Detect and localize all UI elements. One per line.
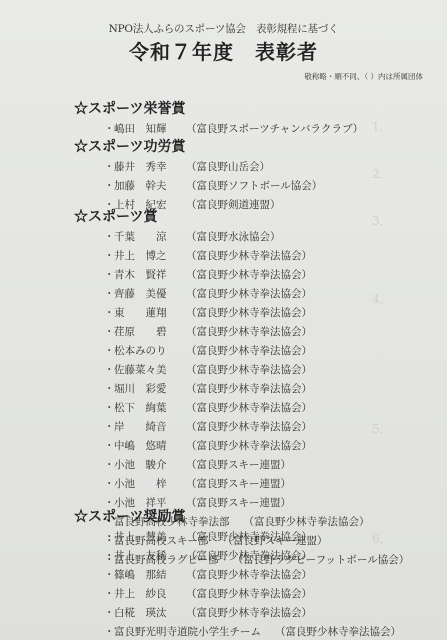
- bleed-through-mark: 1．ㅤ: [372, 118, 403, 135]
- bullet: ・: [104, 228, 114, 247]
- list-item: ・堀川 彩愛（富良野少林寺拳法協会）: [104, 380, 409, 399]
- list-item: ・佐藤菜々美（富良野少林寺拳法協会）: [104, 361, 409, 380]
- section-heading: ☆スポーツ功労賞: [74, 138, 322, 156]
- list-item: ・篠嶋 那結（富良野少林寺拳法協会）: [104, 566, 401, 585]
- awardee-org: （富良野スキー連盟）: [186, 456, 291, 475]
- bullet: ・: [104, 177, 114, 196]
- awardee-name: 白椛 瑛汰: [114, 604, 186, 623]
- bullet: ・: [104, 285, 114, 304]
- awardee-org: （富良野少林寺拳法協会）: [186, 418, 312, 437]
- bullet: ・: [104, 361, 114, 380]
- list-item: ・齊藤 美優（富良野少林寺拳法協会）: [104, 285, 409, 304]
- awardee-org: （富良野少林寺拳法協会）: [186, 323, 312, 342]
- bullet: ・: [104, 380, 114, 399]
- list-item: ・岸 綺音（富良野少林寺拳法協会）: [104, 418, 409, 437]
- list-item: ・松下 絢葉（富良野少林寺拳法協会）: [104, 399, 409, 418]
- bullet: ・: [104, 247, 114, 266]
- section-sports-honor-award: ☆スポーツ栄誉賞 ・嶋田 知輝（富良野スポーツチャンバラクラブ）: [74, 100, 363, 139]
- awardee-name: 齊藤 美優: [114, 285, 186, 304]
- awardee-org: （富良野少林寺拳法協会）: [186, 266, 312, 285]
- awardee-name: 堀川 彩愛: [114, 380, 186, 399]
- bullet: ・: [104, 456, 114, 475]
- bullet: ・: [104, 399, 114, 418]
- list-item: ・千葉 涼（富良野水泳協会）: [104, 228, 409, 247]
- awardee-name: 松本みのり: [114, 342, 186, 361]
- awardee-name: 加藤 幹夫: [114, 177, 186, 196]
- awardee-org: （富良野少林寺拳法協会）: [186, 566, 312, 585]
- bleed-through-mark: 2．ㅤ: [372, 165, 403, 182]
- list-item: ・嶋田 知輝（富良野スポーツチャンバラクラブ）: [104, 120, 363, 139]
- document-title: 令和７年度 表彰者: [0, 36, 447, 65]
- list-item: ・青木 賢祥（富良野少林寺拳法協会）: [104, 266, 409, 285]
- list-item: ・荏原 碧（富良野少林寺拳法協会）: [104, 323, 409, 342]
- awardee-org: （富良野少林寺拳法協会）: [186, 342, 312, 361]
- awardee-org: （富良野山岳会）: [186, 158, 270, 177]
- bullet: ・: [104, 304, 114, 323]
- bullet: ・: [104, 547, 114, 566]
- awardee-org: （富良野少林寺拳法協会）: [186, 585, 312, 604]
- list-item: ・東 蓮翔（富良野少林寺拳法協会）: [104, 304, 409, 323]
- section-sports-merit-award: ☆スポーツ功労賞 ・藤井 秀幸（富良野山岳会） ・加藤 幹夫（富良野ソフトボール…: [74, 138, 322, 215]
- awardee-org: （富良野スポーツチャンバラクラブ）: [186, 120, 363, 139]
- list-item: ・井上 慧美（富良野少林寺拳法協会）: [104, 528, 401, 547]
- list-item: ・藤井 秀幸（富良野山岳会）: [104, 158, 322, 177]
- awardee-org: （富良野少林寺拳法協会）: [186, 285, 312, 304]
- list-item: ・井上 紗良（富良野少林寺拳法協会）: [104, 585, 401, 604]
- section-sports-encouragement-award: ☆スポーツ奨励賞 ・井上 慧美（富良野少林寺拳法協会） ・井上 友稀（富良野少林…: [74, 508, 401, 640]
- awardee-org: （富良野ソフトボール協会）: [186, 177, 322, 196]
- awardee-org: （富良野少林寺拳法協会）: [186, 604, 312, 623]
- bullet: ・: [104, 585, 114, 604]
- bullet: ・: [104, 623, 114, 640]
- entry-list: ・嶋田 知輝（富良野スポーツチャンバラクラブ）: [104, 120, 363, 139]
- list-item: ・小池 梓（富良野スキー連盟）: [104, 475, 409, 494]
- awardee-name: 岸 綺音: [114, 418, 186, 437]
- awardee-org: （富良野少林寺拳法協会）: [275, 623, 401, 640]
- list-item: ・松本みのり（富良野少林寺拳法協会）: [104, 342, 409, 361]
- awardee-org: （富良野少林寺拳法協会）: [186, 547, 312, 566]
- awardee-name: 井上 友稀: [114, 547, 186, 566]
- bullet: ・: [104, 418, 114, 437]
- awardee-name: 藤井 秀幸: [114, 158, 186, 177]
- list-item: ・加藤 幹夫（富良野ソフトボール協会）: [104, 177, 322, 196]
- bullet: ・: [104, 475, 114, 494]
- awardee-name: 青木 賢祥: [114, 266, 186, 285]
- awardee-name: 井上 博之: [114, 247, 186, 266]
- list-item: ・井上 友稀（富良野少林寺拳法協会）: [104, 547, 401, 566]
- awardee-org: （富良野少林寺拳法協会）: [186, 361, 312, 380]
- bullet: ・: [104, 266, 114, 285]
- document-subtitle: NPO法人ふらのスポーツ協会 表彰規程に基づく: [0, 21, 447, 36]
- awardee-name: 松下 絢葉: [114, 399, 186, 418]
- bullet: ・: [104, 528, 114, 547]
- section-heading: ☆スポーツ賞: [74, 208, 409, 226]
- bullet: ・: [104, 342, 114, 361]
- list-item: ・富良野光明寺道院小学生チーム（富良野少林寺拳法協会）: [104, 623, 401, 640]
- list-item: ・井上 博之（富良野少林寺拳法協会）: [104, 247, 409, 266]
- awardee-org: （富良野少林寺拳法協会）: [186, 528, 312, 547]
- awardee-org: （富良野少林寺拳法協会）: [186, 380, 312, 399]
- document-note: 敬称略・順不同、（ ）内は所属団体: [304, 71, 423, 82]
- bullet: ・: [104, 566, 114, 585]
- awardee-name: 荏原 碧: [114, 323, 186, 342]
- awardee-name: 小池 駿介: [114, 456, 186, 475]
- awardee-name: 中嶋 悠晴: [114, 437, 186, 456]
- list-item: ・中嶋 悠晴（富良野少林寺拳法協会）: [104, 437, 409, 456]
- awardee-org: （富良野少林寺拳法協会）: [186, 304, 312, 323]
- section-heading: ☆スポーツ奨励賞: [74, 508, 401, 526]
- awardee-name: 篠嶋 那結: [114, 566, 186, 585]
- list-item: ・小池 駿介（富良野スキー連盟）: [104, 456, 409, 475]
- awardee-name: 嶋田 知輝: [114, 120, 186, 139]
- awardee-name: 東 蓮翔: [114, 304, 186, 323]
- entry-list: ・井上 慧美（富良野少林寺拳法協会） ・井上 友稀（富良野少林寺拳法協会） ・篠…: [104, 528, 401, 640]
- list-item: ・白椛 瑛汰（富良野少林寺拳法協会）: [104, 604, 401, 623]
- bullet: ・: [104, 120, 114, 139]
- awardee-name: 千葉 涼: [114, 228, 186, 247]
- awardee-name: 富良野光明寺道院小学生チーム: [114, 623, 261, 640]
- awardee-name: 井上 紗良: [114, 585, 186, 604]
- awardee-org: （富良野スキー連盟）: [186, 475, 291, 494]
- awardee-org: （富良野少林寺拳法協会）: [186, 247, 312, 266]
- awardee-name: 井上 慧美: [114, 528, 186, 547]
- awardee-org: （富良野少林寺拳法協会）: [186, 399, 312, 418]
- section-heading: ☆スポーツ栄誉賞: [74, 100, 363, 118]
- entry-list: ・藤井 秀幸（富良野山岳会） ・加藤 幹夫（富良野ソフトボール協会） ・上村 紀…: [104, 158, 322, 215]
- awardee-org: （富良野少林寺拳法協会）: [186, 437, 312, 456]
- awardee-name: 佐藤菜々美: [114, 361, 186, 380]
- awardee-name: 小池 梓: [114, 475, 186, 494]
- bullet: ・: [104, 323, 114, 342]
- bullet: ・: [104, 604, 114, 623]
- awardee-org: （富良野水泳協会）: [186, 228, 281, 247]
- document-page: 1．ㅤ 2．ㅤ 3．ㅤ 4．ㅤ 5．ㅤ 6．ㅤ NPO法人ふらのスポーツ協会 表…: [0, 0, 447, 640]
- bullet: ・: [104, 158, 114, 177]
- bullet: ・: [104, 437, 114, 456]
